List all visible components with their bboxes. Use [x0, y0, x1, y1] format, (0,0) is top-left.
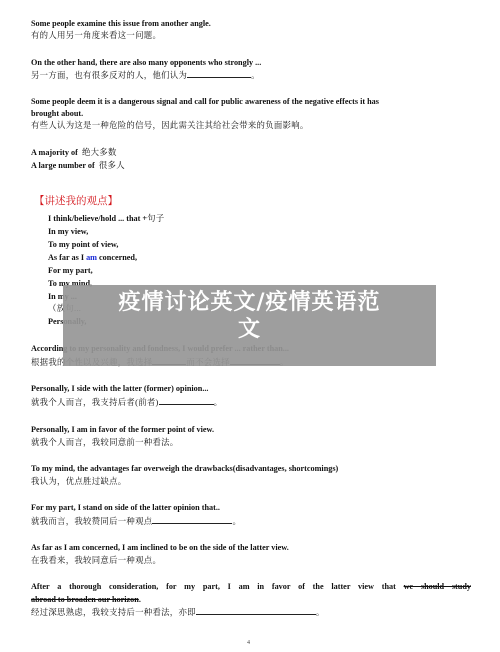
chinese-text: 就我个人而言，我支持后者(前者) — [31, 398, 159, 407]
phrase-chinese: 句子 — [147, 214, 164, 223]
english-sentence-line2: brought about. — [31, 108, 83, 119]
document-page: Some people examine this issue from anot… — [0, 0, 500, 652]
section-heading: 【讲述我的观点】 — [34, 193, 118, 208]
english-sentence: As far as I am concerned, I am inclined … — [31, 542, 289, 553]
phrase-item: In my view, — [48, 226, 88, 237]
vocab-item: A large number of 很多人 — [31, 160, 125, 171]
phrase-english: I think/believe/hold ... that + — [48, 214, 147, 223]
period: 。 — [214, 398, 223, 407]
phrase-item: To my point of view, — [48, 239, 118, 250]
chinese-translation: 经过深思熟虑，我较支持后一种看法，亦即。 — [31, 606, 325, 618]
english-sentence: Personally, I am in favor of the former … — [31, 424, 214, 435]
title-overlay: 疫情讨论英文/疫情英语范 文 — [63, 285, 436, 366]
fill-blank — [187, 69, 251, 78]
chinese-translation: 在我看来，我较同意后一种观点。 — [31, 555, 161, 566]
english-sentence: Personally, I side with the latter (form… — [31, 383, 208, 394]
struck-text: abroad to broaden our horizon — [31, 595, 139, 604]
chinese-translation: 有些人认为这是一种危险的信号，因此需关注其给社会带来的负面影响。 — [31, 120, 309, 131]
chinese-translation: 就我而言，我较赞同后一种观点。 — [31, 515, 241, 527]
english-term: A large number of — [31, 161, 95, 170]
english-sentence: To my mind, the advantages far overweigh… — [31, 463, 338, 474]
struck-text: we should study — [404, 582, 471, 591]
sentence-text: After a thorough consideration, for my p… — [31, 582, 404, 591]
english-sentence: For my part, I stand on side of the latt… — [31, 502, 220, 513]
page-number: 4 — [247, 640, 250, 646]
chinese-term: 绝大多数 — [82, 148, 117, 157]
fill-blank — [159, 396, 214, 405]
english-sentence-line2: abroad to broaden our horizon. — [31, 594, 141, 605]
phrase-text: concerned, — [97, 253, 137, 262]
phrase-item: I think/believe/hold ... that +句子 — [48, 213, 164, 224]
chinese-translation: 我认为，优点胜过缺点。 — [31, 476, 126, 487]
overlay-title-line1: 疫情讨论英文/疫情英语范 — [63, 289, 436, 316]
fill-blank — [196, 606, 316, 615]
phrase-item: As far as I am concerned, — [48, 252, 137, 263]
vocab-item: A majority of 绝大多数 — [31, 147, 117, 158]
chinese-translation: 有的人用另一角度来看这一问题。 — [31, 30, 161, 41]
chinese-translation: 就我个人而言，我较同意前一种看法。 — [31, 437, 178, 448]
english-sentence-line1: After a thorough consideration, for my p… — [31, 581, 471, 592]
chinese-term: 很多人 — [99, 161, 125, 170]
chinese-translation: 就我个人而言，我支持后者(前者)。 — [31, 396, 222, 408]
overlay-title-line2: 文 — [63, 316, 436, 343]
english-sentence: Some people examine this issue from anot… — [31, 18, 211, 29]
period: 。 — [316, 608, 325, 617]
chinese-text: 就我而言，我较赞同后一种观点 — [31, 517, 152, 526]
chinese-text: 另一方面，也有很多反对的人，他们认为 — [31, 71, 187, 80]
chinese-translation: 另一方面，也有很多反对的人，他们认为。 — [31, 69, 260, 81]
english-sentence: On the other hand, there are also many o… — [31, 57, 261, 68]
english-term: A majority of — [31, 148, 78, 157]
period: . — [139, 595, 141, 604]
period: 。 — [251, 71, 260, 80]
highlighted-word: am — [86, 253, 97, 262]
phrase-item: For my part, — [48, 265, 93, 276]
phrase-text: As far as I — [48, 253, 86, 262]
period: 。 — [232, 517, 241, 526]
english-sentence-line1: Some people deem it is a dangerous signa… — [31, 96, 379, 107]
fill-blank — [152, 515, 232, 524]
chinese-text: 经过深思熟虑，我较支持后一种看法，亦即 — [31, 608, 196, 617]
